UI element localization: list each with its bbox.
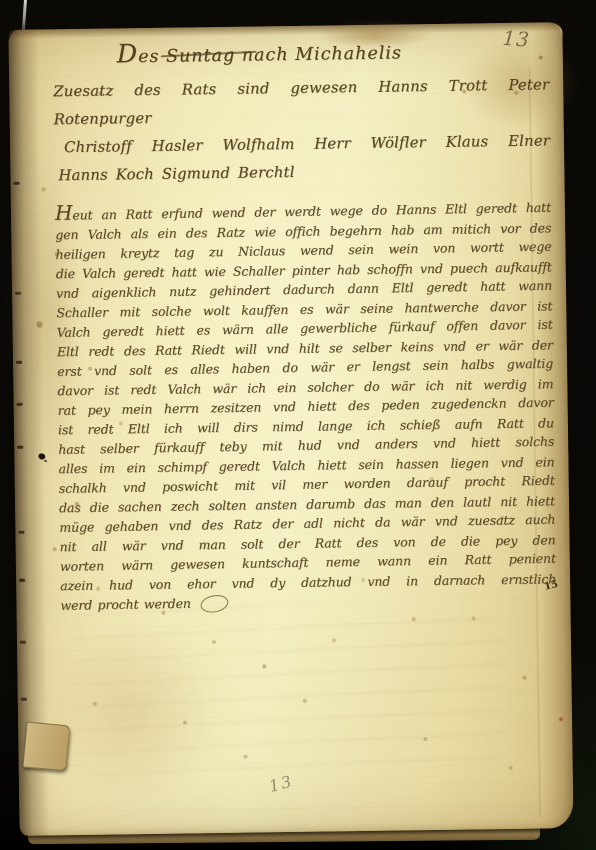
- binding-stitches: [11, 30, 17, 33]
- verso-show-through: [72, 601, 504, 777]
- binding-gutter-shadow: [8, 29, 49, 835]
- attendees-list: Zuesatz des Rats sind gewesen Hanns Trot…: [53, 71, 551, 190]
- entry-heading: Des Suntag nach Michahelis: [117, 32, 549, 68]
- parchment-tab: [22, 722, 70, 772]
- fox-spots: [8, 30, 10, 32]
- entry-body: Heut an Ratt erfund wend der werdt wege …: [55, 196, 557, 614]
- photo-background: 13 15 Des Suntag nach Michahelis Zuesatz…: [0, 0, 596, 850]
- manuscript-page: 13 15 Des Suntag nach Michahelis Zuesatz…: [8, 22, 573, 836]
- attendees-line: Hanns Koch Sigmund Berchtl: [54, 155, 550, 190]
- folio-number-bottom-pencil: 13: [267, 771, 295, 796]
- page-marker-sliver: [22, 0, 27, 30]
- attendees-line: Zuesatz des Rats sind gewesen Hanns Trot…: [53, 71, 550, 134]
- text-block: Des Suntag nach Michahelis Zuesatz des R…: [53, 32, 557, 614]
